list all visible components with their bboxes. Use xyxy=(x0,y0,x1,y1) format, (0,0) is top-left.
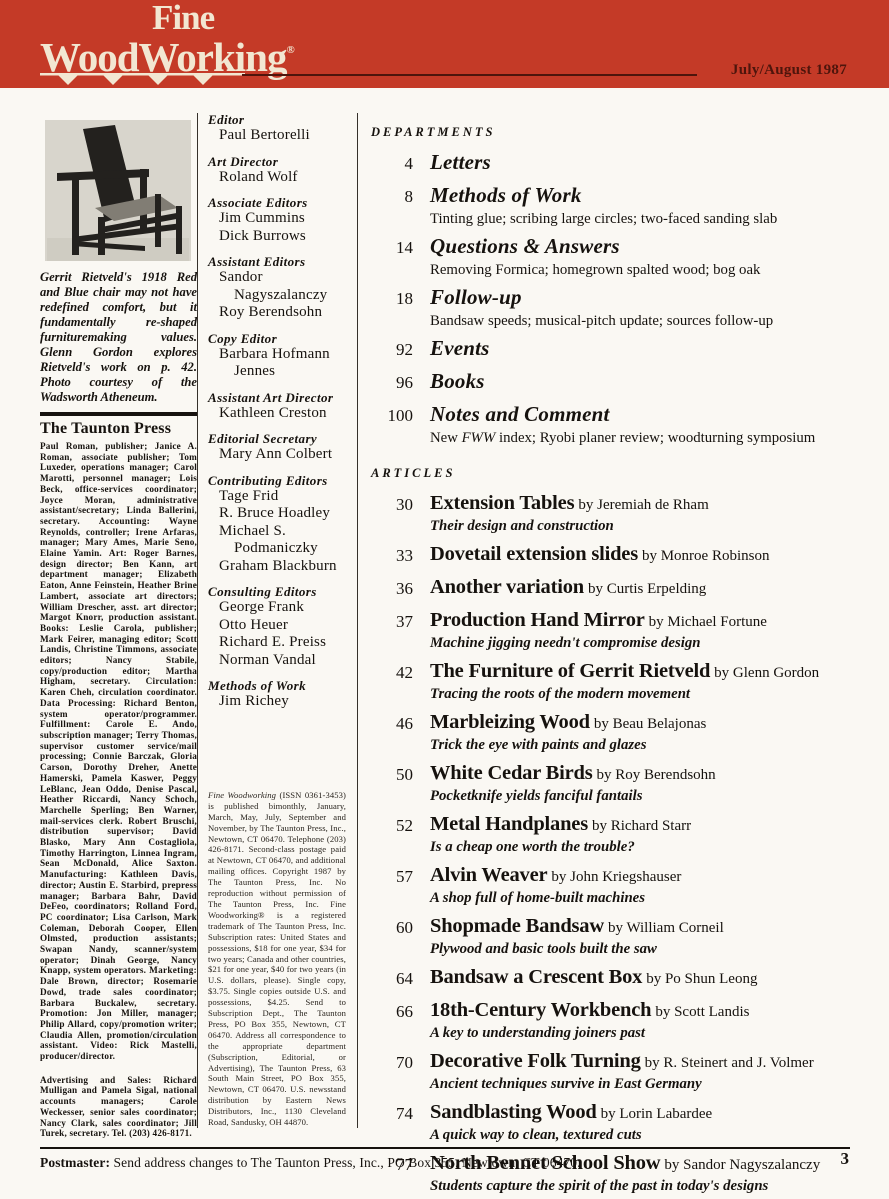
toc-title: Bandsaw a Crescent Box xyxy=(430,966,642,988)
toc-title-line: Events xyxy=(430,336,873,363)
toc-author: by Michael Fortune xyxy=(649,614,767,630)
toc-article-row: 60Shopmade Bandsaw by William CorneilPly… xyxy=(371,914,873,958)
toc-entry: Extension Tables by Jeremiah de RhamThei… xyxy=(430,491,873,535)
text-run: Karen Cheh, circulation coordinator. xyxy=(40,687,197,697)
toc-subtitle: A key to understanding joiners past xyxy=(430,1025,873,1042)
folio-page-number: 3 xyxy=(841,1149,850,1169)
toc-entry: Letters xyxy=(430,150,873,177)
toc-author: by R. Steinert and J. Volmer xyxy=(645,1055,814,1071)
photo-caption: Gerrit Rietveld's 1918 Red and Blue chai… xyxy=(40,270,197,405)
toc-title: White Cedar Birds xyxy=(430,762,593,784)
toc-entry: Questions & AnswersRemoving Formica; hom… xyxy=(430,234,873,279)
editor-section: Contributing EditorsTage FridR. Bruce Ho… xyxy=(208,473,350,576)
toc-subtitle: A shop full of home-built machines xyxy=(430,890,873,907)
editor-section: Methods of WorkJim Richey xyxy=(208,678,350,711)
toc-page-number: 57 xyxy=(371,863,413,907)
toc-title: Books xyxy=(430,369,485,393)
text-run: New xyxy=(430,430,462,446)
toc-page-number: 74 xyxy=(371,1100,413,1144)
toc-entry: White Cedar Birds by Roy BerendsohnPocke… xyxy=(430,761,873,805)
toc-title: Notes and Comment xyxy=(430,402,610,426)
toc-page-number: 52 xyxy=(371,812,413,856)
toc-page-number: 46 xyxy=(371,710,413,754)
editor-name: Richard E. Preiss xyxy=(208,634,350,652)
toc-entry: Production Hand Mirror by Michael Fortun… xyxy=(430,608,873,652)
toc-title-line: Notes and Comment xyxy=(430,402,873,429)
toc-title-line: Production Hand Mirror by Michael Fortun… xyxy=(430,608,873,634)
editor-section-title: Contributing Editors xyxy=(208,473,350,488)
text-run: Dale Brown, director; Rosemarie Dowd, tr… xyxy=(40,976,197,1007)
editor-section: Consulting EditorsGeorge FrankOtto Heuer… xyxy=(208,584,350,669)
toc-page-number: 42 xyxy=(371,659,413,703)
toc-author: by William Corneil xyxy=(608,920,724,936)
toc-title: Another variation xyxy=(430,576,584,598)
editor-section: Art DirectorRoland Wolf xyxy=(208,154,350,187)
toc-title-line: Metal Handplanes by Richard Starr xyxy=(430,812,873,838)
magazine-contents-page: Fine WoodWorking® July/August 1987 xyxy=(0,0,889,1199)
toc-page-number: 18 xyxy=(371,285,413,330)
toc-title-line: Shopmade Bandsaw by William Corneil xyxy=(430,914,873,940)
toc-page-number: 8 xyxy=(371,183,413,228)
toc-page-number: 100 xyxy=(371,402,413,447)
toc-author: by John Kriegshauser xyxy=(551,869,681,885)
toc-entry: Dovetail extension slides by Monroe Robi… xyxy=(430,542,873,568)
toc-page-number: 4 xyxy=(371,150,413,177)
toc-entry: Shopmade Bandsaw by William CorneilPlywo… xyxy=(430,914,873,958)
toc-title-line: Another variation by Curtis Erpelding xyxy=(430,575,873,601)
editor-section-title: Methods of Work xyxy=(208,678,350,693)
bold-run: Video: xyxy=(90,1040,118,1050)
editor-name: Paul Bertorelli xyxy=(208,127,350,145)
toc-entry: Notes and CommentNew FWW index; Ryobi pl… xyxy=(430,402,873,447)
departments-list: 4Letters8Methods of WorkTinting glue; sc… xyxy=(371,150,873,447)
toc-page-number: 70 xyxy=(371,1049,413,1093)
logo-word-fine: Fine xyxy=(152,1,295,35)
toc-page-number: 60 xyxy=(371,914,413,958)
date-rule xyxy=(242,74,697,76)
text-run: Roger Barnes, design director; Ben Kann,… xyxy=(40,548,197,622)
editor-name: Michael S. Podmaniczky xyxy=(208,523,350,558)
toc-article-row: 74Sandblasting Wood by Lorin LabardeeA q… xyxy=(371,1100,873,1144)
editor-section-title: Copy Editor xyxy=(208,331,350,346)
toc-article-row: 52Metal Handplanes by Richard StarrIs a … xyxy=(371,812,873,856)
toc-subtitle: Pocketknife yields fanciful fantails xyxy=(430,788,873,805)
toc-page-number: 14 xyxy=(371,234,413,279)
postmaster-label: Postmaster: xyxy=(40,1155,110,1170)
editor-section: Assistant EditorsSandor NagyszalanczyRoy… xyxy=(208,254,350,322)
toc-title-line: Decorative Folk Turning by R. Steinert a… xyxy=(430,1049,873,1075)
toc-title-line: Bandsaw a Crescent Box by Po Shun Leong xyxy=(430,965,873,991)
toc-subtitle: Bandsaw speeds; musical-pitch update; so… xyxy=(430,313,873,330)
editor-name: Roland Wolf xyxy=(208,169,350,187)
toc-author: by Lorin Labardee xyxy=(601,1106,713,1122)
toc-author: by Jeremiah de Rham xyxy=(578,497,708,513)
bold-run: Circulation: xyxy=(146,676,197,686)
toc-entry: Sandblasting Wood by Lorin LabardeeA qui… xyxy=(430,1100,873,1144)
toc-entry: The Furniture of Gerrit Rietveld by Glen… xyxy=(430,659,873,703)
toc-article-row: 6618th-Century Workbench by Scott Landis… xyxy=(371,998,873,1042)
toc-title-line: Questions & Answers xyxy=(430,234,873,261)
bold-run: Accounting: xyxy=(99,516,150,526)
editor-name: Sandor Nagyszalanczy xyxy=(208,269,350,304)
toc-title-line: White Cedar Birds by Roy Berendsohn xyxy=(430,761,873,787)
toc-department-row: 96Books xyxy=(371,369,873,396)
toc-department-row: 14Questions & AnswersRemoving Formica; h… xyxy=(371,234,873,279)
editor-section-title: Editorial Secretary xyxy=(208,431,350,446)
editor-section-title: Editor xyxy=(208,112,350,127)
toc-title: Decorative Folk Turning xyxy=(430,1050,641,1072)
toc-title-line: Extension Tables by Jeremiah de Rham xyxy=(430,491,873,517)
editor-section-title: Associate Editors xyxy=(208,195,350,210)
toc-department-row: 4Letters xyxy=(371,150,873,177)
masthead-red-band: Fine WoodWorking® July/August 1987 xyxy=(0,0,889,88)
toc-title-line: Sandblasting Wood by Lorin Labardee xyxy=(430,1100,873,1126)
toc-entry: Another variation by Curtis Erpelding xyxy=(430,575,873,601)
toc-title-line: The Furniture of Gerrit Rietveld by Glen… xyxy=(430,659,873,685)
toc-title-line: Methods of Work xyxy=(430,183,873,210)
toc-author: by Po Shun Leong xyxy=(646,971,757,987)
editor-name: Jim Cummins xyxy=(208,210,350,228)
editors-list: EditorPaul BertorelliArt DirectorRoland … xyxy=(208,112,350,720)
toc-page-number: 36 xyxy=(371,575,413,601)
text-run: Carole E. Ando, subscription manager; Te… xyxy=(40,719,197,868)
toc-title: Methods of Work xyxy=(430,183,582,207)
text-run: index; Ryobi planer review; woodturning … xyxy=(495,430,815,446)
toc-department-row: 8Methods of WorkTinting glue; scribing l… xyxy=(371,183,873,228)
toc-subtitle: Is a cheap one worth the trouble? xyxy=(430,839,873,856)
toc-title: Dovetail extension slides xyxy=(430,543,638,565)
toc-author: by Scott Landis xyxy=(655,1004,749,1020)
toc-author: by Curtis Erpelding xyxy=(588,581,706,597)
toc-title: Letters xyxy=(430,150,491,174)
toc-title: Shopmade Bandsaw xyxy=(430,915,604,937)
toc-subtitle: Tracing the roots of the modern movement xyxy=(430,686,873,703)
bold-run: Marketing: xyxy=(149,965,197,975)
toc-title: Questions & Answers xyxy=(430,234,620,258)
toc-author: by Roy Berendsohn xyxy=(597,767,716,783)
postmaster-text: Send address changes to The Taunton Pres… xyxy=(110,1155,581,1170)
toc-department-row: 92Events xyxy=(371,336,873,363)
column-divider-left xyxy=(197,113,198,1128)
toc-title-line: Follow-up xyxy=(430,285,873,312)
editor-name: Kathleen Creston xyxy=(208,405,350,423)
taunton-press-heading: The Taunton Press xyxy=(40,412,197,438)
editor-name: R. Bruce Hoadley xyxy=(208,505,350,523)
editor-name: Barbara Hofmann Jennes xyxy=(208,346,350,381)
articles-section-label: ARTICLES xyxy=(371,466,873,481)
toc-page-number: 37 xyxy=(371,608,413,652)
logo-word-woodworking: WoodWorking® xyxy=(40,31,295,76)
editor-section-title: Consulting Editors xyxy=(208,584,350,599)
text-run: Kathleen Davis, director; Austin E. Star… xyxy=(40,869,197,975)
toc-title: Follow-up xyxy=(430,285,522,309)
editor-section-title: Art Director xyxy=(208,154,350,169)
toc-entry: Follow-upBandsaw speeds; musical-pitch u… xyxy=(430,285,873,330)
toc-entry: Alvin Weaver by John KriegshauserA shop … xyxy=(430,863,873,907)
bold-run: Books: xyxy=(40,623,69,633)
editor-name: Roy Berendsohn xyxy=(208,304,350,322)
articles-list: 30Extension Tables by Jeremiah de RhamTh… xyxy=(371,491,873,1195)
toc-entry: Decorative Folk Turning by R. Steinert a… xyxy=(430,1049,873,1093)
toc-title: Production Hand Mirror xyxy=(430,609,645,631)
toc-subtitle: Machine jigging needn't compromise desig… xyxy=(430,635,873,652)
editor-name: Norman Vandal xyxy=(208,652,350,670)
table-of-contents: DEPARTMENTS 4Letters8Methods of WorkTint… xyxy=(371,112,873,1199)
toc-page-number: 66 xyxy=(371,998,413,1042)
toc-article-row: 57Alvin Weaver by John KriegshauserA sho… xyxy=(371,863,873,907)
editor-name: Tage Frid xyxy=(208,488,350,506)
footer-rule xyxy=(40,1147,850,1149)
editor-name: Otto Heuer xyxy=(208,617,350,635)
toc-title-line: Alvin Weaver by John Kriegshauser xyxy=(430,863,873,889)
bold-run: Promotion: xyxy=(40,1008,88,1018)
italic-run: Fine Woodworking xyxy=(208,790,276,800)
toc-author: by Beau Belajonas xyxy=(594,716,706,732)
toc-article-row: 42The Furniture of Gerrit Rietveld by Gl… xyxy=(371,659,873,703)
taunton-staff-list: Paul Roman, publisher; Janice A. Roman, … xyxy=(40,441,197,1062)
toc-subtitle: Plywood and basic tools built the saw xyxy=(430,941,873,958)
toc-entry: Events xyxy=(430,336,873,363)
left-column: Gerrit Rietveld's 1918 Red and Blue chai… xyxy=(40,112,197,1139)
toc-author: by Richard Starr xyxy=(592,818,691,834)
toc-entry: Metal Handplanes by Richard StarrIs a ch… xyxy=(430,812,873,856)
toc-title: Alvin Weaver xyxy=(430,864,547,886)
toc-title: Sandblasting Wood xyxy=(430,1101,597,1123)
editor-section: EditorPaul Bertorelli xyxy=(208,112,350,145)
toc-page-number: 64 xyxy=(371,965,413,991)
publication-fine-print: Fine Woodworking (ISSN 0361-3453) is pub… xyxy=(208,790,350,1128)
editor-name: George Frank xyxy=(208,599,350,617)
toc-title: Marbleizing Wood xyxy=(430,711,590,733)
bold-run: Art: xyxy=(109,548,127,558)
postmaster-notice: Postmaster: Send address changes to The … xyxy=(40,1155,581,1171)
toc-title: Events xyxy=(430,336,490,360)
toc-entry: Bandsaw a Crescent Box by Po Shun Leong xyxy=(430,965,873,991)
toc-subtitle: Students capture the spirit of the past … xyxy=(430,1178,873,1195)
toc-subtitle: A quick way to clean, textured cuts xyxy=(430,1127,873,1144)
bold-run: Manufacturing: xyxy=(40,869,107,879)
toc-subtitle: Trick the eye with paints and glazes xyxy=(430,737,873,754)
bold-run: Fulfillment: xyxy=(40,719,91,729)
toc-title-line: Books xyxy=(430,369,873,396)
toc-subtitle: New FWW index; Ryobi planer review; wood… xyxy=(430,430,873,447)
toc-title: Metal Handplanes xyxy=(430,813,588,835)
issue-date: July/August 1987 xyxy=(731,62,847,79)
rietveld-chair-illustration xyxy=(45,120,191,261)
toc-title-line: Dovetail extension slides by Monroe Robi… xyxy=(430,542,873,568)
column-divider-right xyxy=(357,113,358,1128)
registered-trademark-icon: ® xyxy=(286,44,294,56)
toc-title-line: 18th-Century Workbench by Scott Landis xyxy=(430,998,873,1024)
toc-title-line: Marbleizing Wood by Beau Belajonas xyxy=(430,710,873,736)
editor-name: Dick Burrows xyxy=(208,228,350,246)
toc-subtitle: Their design and construction xyxy=(430,518,873,535)
toc-title: 18th-Century Workbench xyxy=(430,999,651,1021)
chair-photo xyxy=(45,120,191,261)
toc-article-row: 50White Cedar Birds by Roy BerendsohnPoc… xyxy=(371,761,873,805)
bold-run: Advertising and Sales: xyxy=(40,1075,152,1085)
toc-author: by Sandor Nagyszalanczy xyxy=(664,1157,820,1173)
editor-section: Associate EditorsJim CumminsDick Burrows xyxy=(208,195,350,245)
toc-department-row: 18Follow-upBandsaw speeds; musical-pitch… xyxy=(371,285,873,330)
toc-page-number: 30 xyxy=(371,491,413,535)
text-run: Paul Roman, publisher; Janice A. Roman, … xyxy=(40,441,197,526)
toc-article-row: 64Bandsaw a Crescent Box by Po Shun Leon… xyxy=(371,965,873,991)
toc-title: Extension Tables xyxy=(430,492,574,514)
toc-article-row: 37Production Hand Mirror by Michael Fort… xyxy=(371,608,873,652)
toc-title: The Furniture of Gerrit Rietveld xyxy=(430,660,710,682)
toc-subtitle: Ancient techniques survive in East Germa… xyxy=(430,1076,873,1093)
editor-section: Editorial SecretaryMary Ann Colbert xyxy=(208,431,350,464)
toc-entry: Books xyxy=(430,369,873,396)
toc-department-row: 100Notes and CommentNew FWW index; Ryobi… xyxy=(371,402,873,447)
toc-article-row: 30Extension Tables by Jeremiah de RhamTh… xyxy=(371,491,873,535)
toc-page-number: 92 xyxy=(371,336,413,363)
toc-article-row: 70Decorative Folk Turning by R. Steinert… xyxy=(371,1049,873,1093)
editor-name: Mary Ann Colbert xyxy=(208,446,350,464)
toc-subtitle: Removing Formica; homegrown spalted wood… xyxy=(430,262,873,279)
editor-section: Copy EditorBarbara Hofmann Jennes xyxy=(208,331,350,381)
departments-section-label: DEPARTMENTS xyxy=(371,125,873,140)
editor-section-title: Assistant Art Director xyxy=(208,390,350,405)
toc-title-line: Letters xyxy=(430,150,873,177)
editorial-staff-column: EditorPaul BertorelliArt DirectorRoland … xyxy=(208,112,350,1128)
toc-entry: Marbleizing Wood by Beau BelajonasTrick … xyxy=(430,710,873,754)
advertising-sales-block: Advertising and Sales: Richard Mulligan … xyxy=(40,1075,197,1139)
toc-author: by Monroe Robinson xyxy=(642,548,770,564)
italic-run: FWW xyxy=(462,430,496,446)
toc-page-number: 96 xyxy=(371,369,413,396)
toc-author: by Glenn Gordon xyxy=(714,665,819,681)
editor-section-title: Assistant Editors xyxy=(208,254,350,269)
editor-name: Graham Blackburn xyxy=(208,558,350,576)
toc-article-row: 33Dovetail extension slides by Monroe Ro… xyxy=(371,542,873,568)
toc-page-number: 33 xyxy=(371,542,413,568)
toc-entry: 18th-Century Workbench by Scott LandisA … xyxy=(430,998,873,1042)
toc-subtitle: Tinting glue; scribing large circles; tw… xyxy=(430,211,873,228)
toc-entry: Methods of WorkTinting glue; scribing la… xyxy=(430,183,873,228)
toc-article-row: 46Marbleizing Wood by Beau BelajonasTric… xyxy=(371,710,873,754)
bold-run: Data Processing: xyxy=(40,698,116,708)
editor-section: Assistant Art DirectorKathleen Creston xyxy=(208,390,350,423)
text-run: (ISSN 0361-3453) is published bimonthly,… xyxy=(208,790,346,1127)
toc-page-number: 50 xyxy=(371,761,413,805)
toc-article-row: 36Another variation by Curtis Erpelding xyxy=(371,575,873,601)
editor-name: Jim Richey xyxy=(208,693,350,711)
